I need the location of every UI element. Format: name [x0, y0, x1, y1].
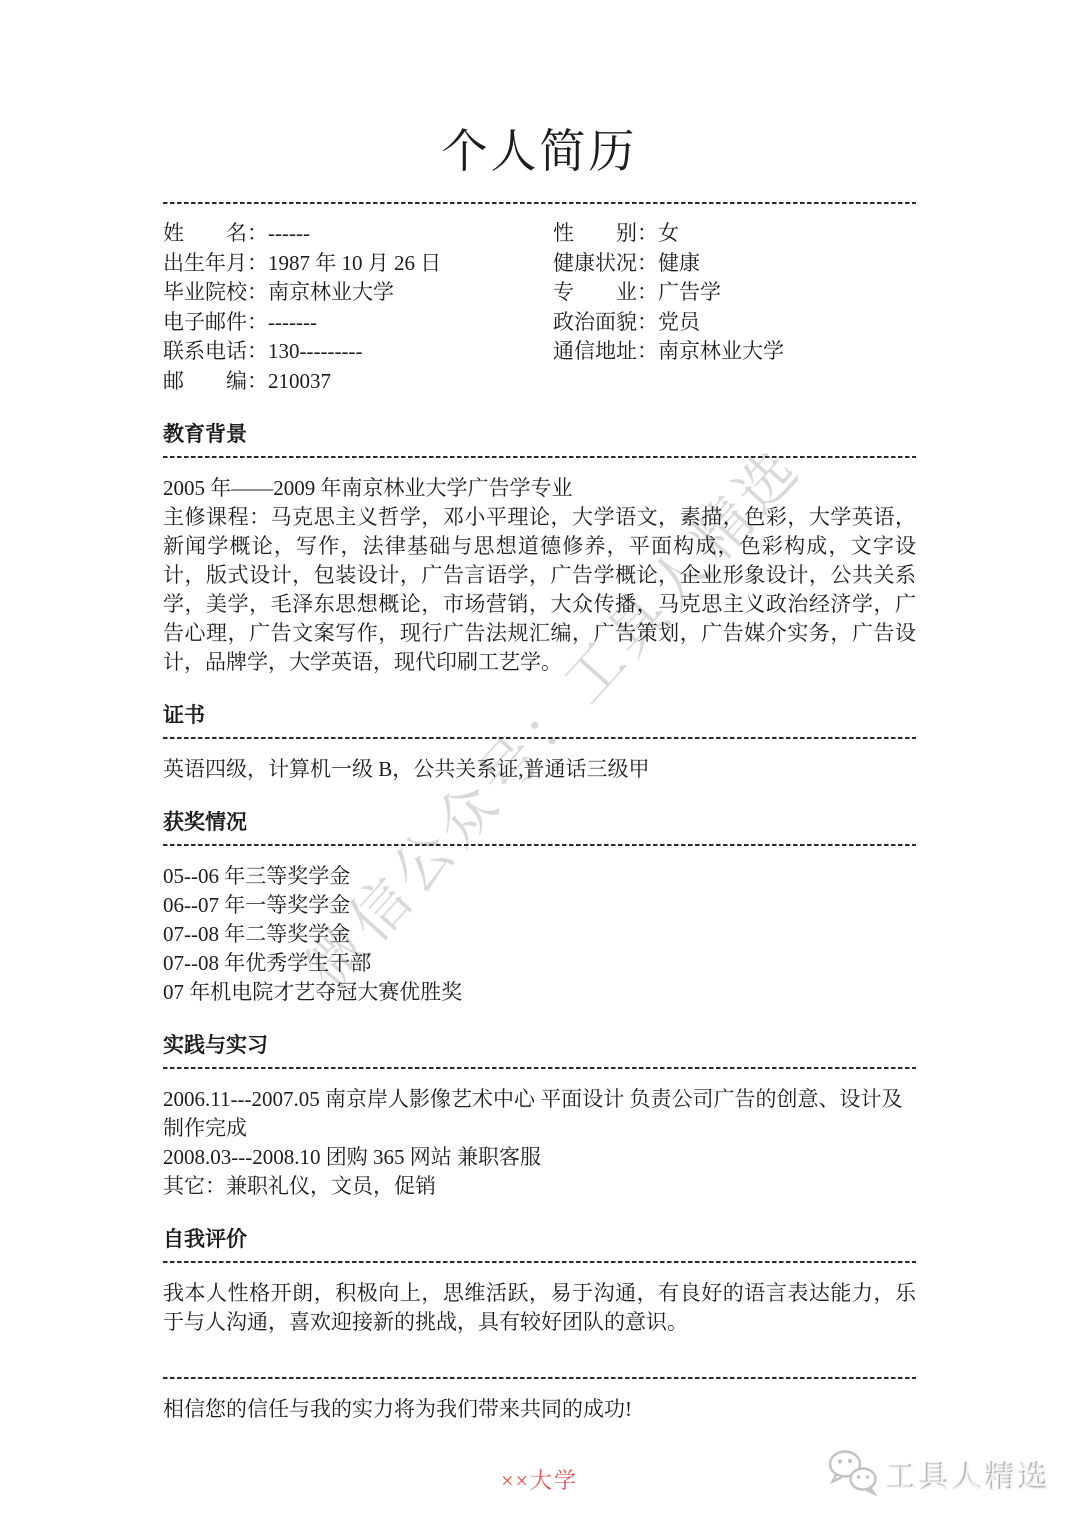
practice-item: 其它：兼职礼仪，文员，促销	[163, 1172, 916, 1201]
section-heading-self-evaluation: 自我评价	[163, 1225, 916, 1254]
education-body: 2005 年——2009 年南京林业大学广告学专业 主修课程：马克思主义哲学，邓…	[163, 474, 916, 677]
political-status-field: 政治面貌：党员	[553, 308, 916, 338]
self-evaluation-paragraph: 我本人性格开朗，积极向上，思维活跃，易于沟通，有良好的语言表达能力，乐于与人沟通…	[163, 1279, 916, 1337]
university-name-red: ××大学	[163, 1466, 916, 1496]
dashed-divider	[163, 844, 916, 846]
award-item: 06--07 年一等奖学金	[163, 891, 916, 920]
practice-item: 2006.11---2007.05 南京岸人影像艺术中心 平面设计 负责公司广告…	[163, 1085, 916, 1143]
mailing-address-field: 通信地址：南京林业大学	[553, 337, 916, 367]
education-period-line: 2005 年——2009 年南京林业大学广告学专业	[163, 474, 916, 503]
major-field: 专 业：广告学	[553, 278, 916, 308]
resume-page: 微信公众号：工具人精选 个人简历 姓 名：------ 出生年月：1987 年 …	[0, 0, 1080, 1527]
health-field: 健康状况：健康	[553, 249, 916, 279]
education-courses-paragraph: 主修课程：马克思主义哲学，邓小平理论，大学语文，素描，色彩，大学英语，新闻学概论…	[163, 503, 916, 677]
dashed-divider	[163, 1377, 916, 1379]
dashed-divider	[163, 1067, 916, 1069]
personal-info-left-column: 姓 名：------ 出生年月：1987 年 10 月 26 日 毕业院校：南京…	[163, 219, 553, 396]
dashed-divider	[163, 456, 916, 458]
closing-statement: 相信您的信任与我的实力将为我们带来共同的成功!	[163, 1395, 916, 1424]
personal-info: 姓 名：------ 出生年月：1987 年 10 月 26 日 毕业院校：南京…	[163, 219, 916, 396]
award-item: 07--08 年二等奖学金	[163, 920, 916, 949]
postcode-field: 邮 编：210037	[163, 367, 553, 397]
awards-list: 05--06 年三等奖学金 06--07 年一等奖学金 07--08 年二等奖学…	[163, 862, 916, 1007]
phone-field: 联系电话：130---------	[163, 337, 553, 367]
dashed-divider	[163, 202, 916, 204]
practice-list: 2006.11---2007.05 南京岸人影像艺术中心 平面设计 负责公司广告…	[163, 1085, 916, 1201]
wechat-bubbles-icon	[826, 1448, 880, 1501]
graduate-school-field: 毕业院校：南京林业大学	[163, 278, 553, 308]
personal-info-right-column: 性 别：女 健康状况：健康 专 业：广告学 政治面貌：党员 通信地址：南京林业大…	[553, 219, 916, 396]
email-field: 电子邮件：-------	[163, 308, 553, 338]
award-item: 05--06 年三等奖学金	[163, 862, 916, 891]
resume-content: 个人简历 姓 名：------ 出生年月：1987 年 10 月 26 日 毕业…	[163, 0, 916, 1496]
section-heading-certificates: 证书	[163, 701, 916, 730]
section-heading-awards: 获奖情况	[163, 808, 916, 837]
certificates-line: 英语四级，计算机一级 B，公共关系证,普通话三级甲	[163, 755, 916, 784]
name-field: 姓 名：------	[163, 219, 553, 249]
page-title: 个人简历	[163, 0, 916, 178]
dashed-divider	[163, 737, 916, 739]
award-item: 07--08 年优秀学生干部	[163, 949, 916, 978]
section-heading-practice: 实践与实习	[163, 1031, 916, 1060]
dashed-divider	[163, 1261, 916, 1263]
gender-field: 性 别：女	[553, 219, 916, 249]
practice-item: 2008.03---2008.10 团购 365 网站 兼职客服	[163, 1143, 916, 1172]
wechat-account-watermark: 工具人精选	[826, 1448, 1052, 1501]
birth-date-field: 出生年月：1987 年 10 月 26 日	[163, 249, 553, 279]
section-heading-education: 教育背景	[163, 420, 916, 449]
wechat-account-name: 工具人精选	[887, 1453, 1052, 1497]
award-item: 07 年机电院才艺夺冠大赛优胜奖	[163, 978, 916, 1007]
